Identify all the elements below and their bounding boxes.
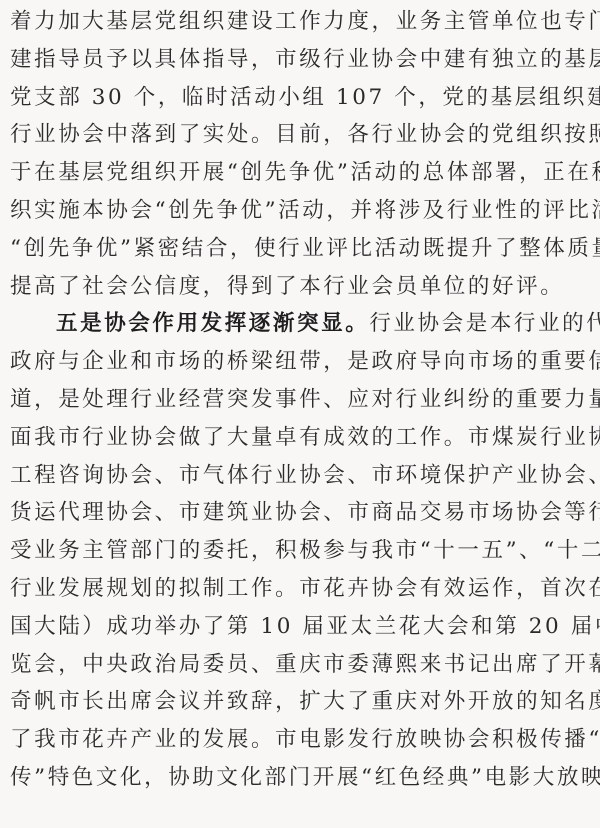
document-page: 着力加大基层党组织建设工作力度，业务主管单位也专门抽派党 建指导员予以具体指导，… bbox=[0, 0, 600, 828]
text-line: 建指导员予以具体指导，市级行业协会中建有独立的基层党委或 bbox=[10, 41, 586, 79]
text-span: 行业协会是本行业的代表，是 bbox=[369, 311, 600, 336]
paragraph-heading: 五是协会作用发挥逐渐突显。 bbox=[56, 311, 369, 336]
text-line: 工程咨询协会、市气体行业协会、市环境保护产业协会、市国际 bbox=[10, 457, 586, 495]
text-line: 面我市行业协会做了大量卓有成效的工作。市煤炭行业协会、市 bbox=[10, 419, 586, 457]
text-line: 党支部 30 个，临时活动小组 107 个，党的基层组织建设工作在 bbox=[10, 79, 586, 117]
text-line: 国大陆）成功举办了第 10 届亚太兰花大会和第 20 届中国兰花博 bbox=[10, 608, 586, 646]
paragraph-heading-line: 五是协会作用发挥逐渐突显。行业协会是本行业的代表，是 bbox=[10, 305, 586, 343]
text-line: 行业发展规划的拟制工作。市花卉协会有效运作，首次在重庆（中 bbox=[10, 570, 586, 608]
text-line: 奇帆市长出席会议并致辞，扩大了重庆对外开放的知名度，促进 bbox=[10, 683, 586, 721]
text-line: 于在基层党组织开展“创先争优”活动的总体部署，正在积极组 bbox=[10, 154, 586, 192]
text-line: 了我市花卉产业的发展。市电影发行放映协会积极传播“唱读讲 bbox=[10, 721, 586, 759]
text-line: 货运代理协会、市建筑业协会、市商品交易市场协会等行业协会 bbox=[10, 494, 586, 532]
text-line: 传”特色文化，协助文化部门开展“红色经典”电影大放映活动， bbox=[10, 759, 586, 797]
text-line: “创先争优”紧密结合，使行业评比活动既提升了整体质量、又 bbox=[10, 230, 586, 268]
text-line: 受业务主管部门的委托，积极参与我市“十一五”、“十二五”本 bbox=[10, 532, 586, 570]
text-line: 道，是处理行业经营突发事件、应对行业纠纷的重要力量。这方 bbox=[10, 381, 586, 419]
text-line: 行业协会中落到了实处。目前，各行业协会的党组织按照市委关 bbox=[10, 116, 586, 154]
text-line: 织实施本协会“创先争优”活动，并将涉及行业性的评比活动与 bbox=[10, 192, 586, 230]
text-line: 政府与企业和市场的桥梁纽带，是政府导向市场的重要信息渠 bbox=[10, 343, 586, 381]
text-line: 着力加大基层党组织建设工作力度，业务主管单位也专门抽派党 bbox=[10, 3, 586, 41]
text-line: 提高了社会公信度，得到了本行业会员单位的好评。 bbox=[10, 268, 586, 306]
text-line: 览会，中央政治局委员、重庆市委薄熙来书记出席了开幕式，黄 bbox=[10, 646, 586, 684]
